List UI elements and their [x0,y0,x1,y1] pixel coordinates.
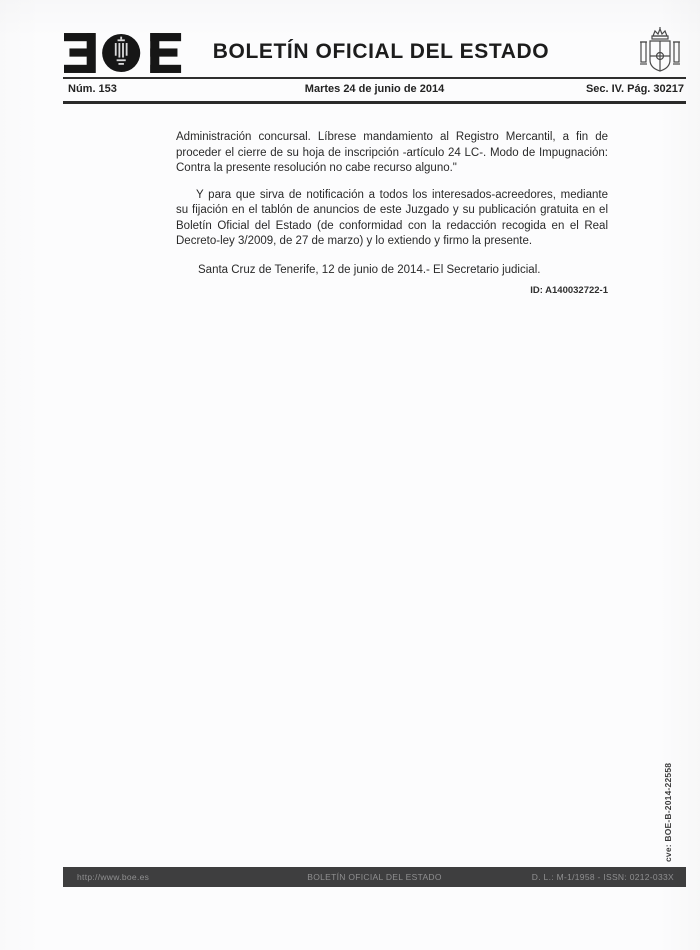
header-rule-bottom [63,101,686,104]
footer-legal: D. L.: M-1/1958 - ISSN: 0212-033X [532,872,674,882]
paragraph-2: Y para que sirva de notificación a todos… [176,188,608,250]
announcement-body: Administración concursal. Líbrese mandam… [176,130,608,299]
cve-code: cve: BOE-B-2014-22558 [663,737,673,862]
header-meta-row: Núm. 153 Martes 24 de junio de 2014 Sec.… [63,83,686,97]
section-page: Sec. IV. Pág. 30217 [586,83,684,95]
document-id: ID: A140032722-1 [176,283,608,299]
signature-line: Santa Cruz de Tenerife, 12 de junio de 2… [176,263,608,279]
paragraph-1: Administración concursal. Líbrese mandam… [176,130,608,177]
header-rule-top [63,77,686,79]
boe-logo-icon [64,33,182,73]
footer-bar: http://www.boe.es BOLETÍN OFICIAL DEL ES… [63,867,686,887]
spain-coat-of-arms-icon [639,26,681,76]
masthead-title: BOLETÍN OFICIAL DEL ESTADO [205,40,557,64]
boe-scanned-page: BOLETÍN OFICIAL DEL ESTADO Núm. 153 Mart… [0,0,700,950]
